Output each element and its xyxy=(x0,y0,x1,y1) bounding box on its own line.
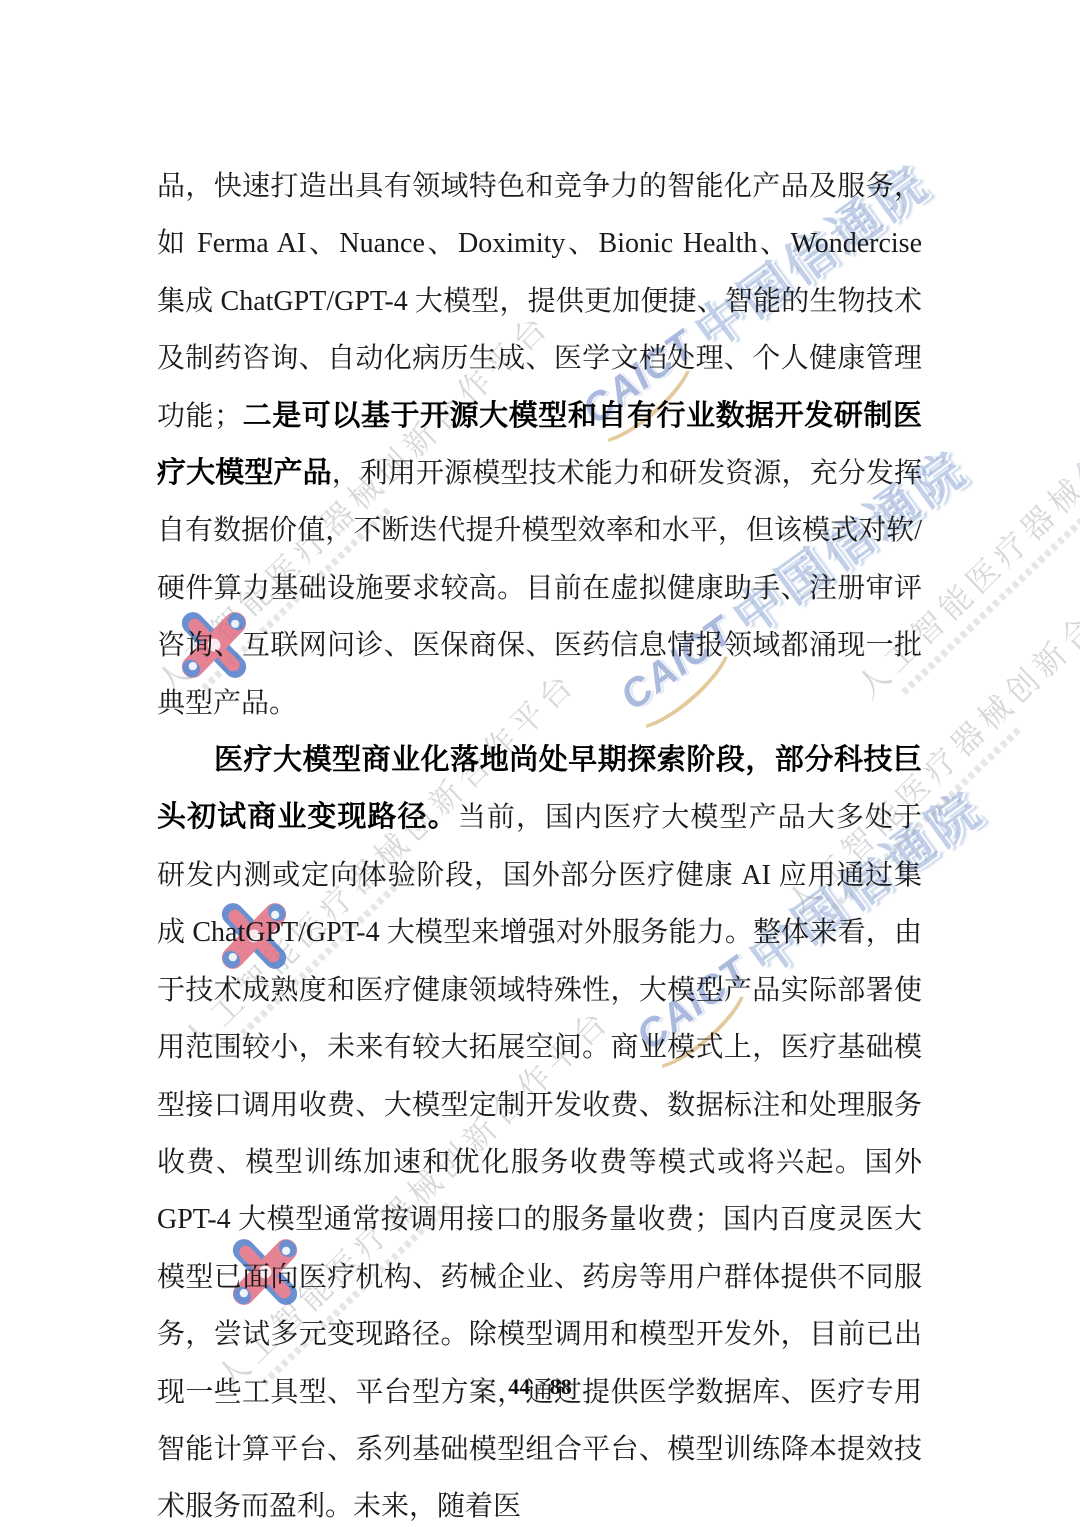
paragraph: 品，快速打造出具有领域特色和竞争力的智能化产品及服务，如 Ferma AI、Nu… xyxy=(157,158,922,732)
text-segment: 品，快速打造出具有领域特色和竞争力的智能化产品及服务，如 Ferma AI、Nu… xyxy=(157,171,922,432)
page-number: 44 xyxy=(508,1374,530,1399)
paragraph: 医疗大模型商业化落地尚处早期探索阶段，部分科技巨头初试商业变现路径。当前，国内医… xyxy=(157,732,922,1528)
text-segment: 当前，国内医疗大模型产品大多处于研发内测或定向体验阶段，国外部分医疗健康 AI … xyxy=(157,802,922,1522)
page-footer: 44/88 xyxy=(0,1374,1080,1400)
document-page: CAICT 中国信通院 CAICT 中国信通院 CAICT 中国信通院 人工智能… xyxy=(0,0,1080,1528)
page-total: 88 xyxy=(550,1374,572,1399)
platform-watermark-microtext xyxy=(901,509,1080,695)
text-segment: ，利用开源模型技术能力和研发资源，充分发挥自有数据价值，不断迭代提升模型效率和水… xyxy=(157,458,922,719)
document-body: 品，快速打造出具有领域特色和竞争力的智能化产品及服务，如 Ferma AI、Nu… xyxy=(157,158,922,1528)
page-separator: / xyxy=(530,1377,550,1399)
